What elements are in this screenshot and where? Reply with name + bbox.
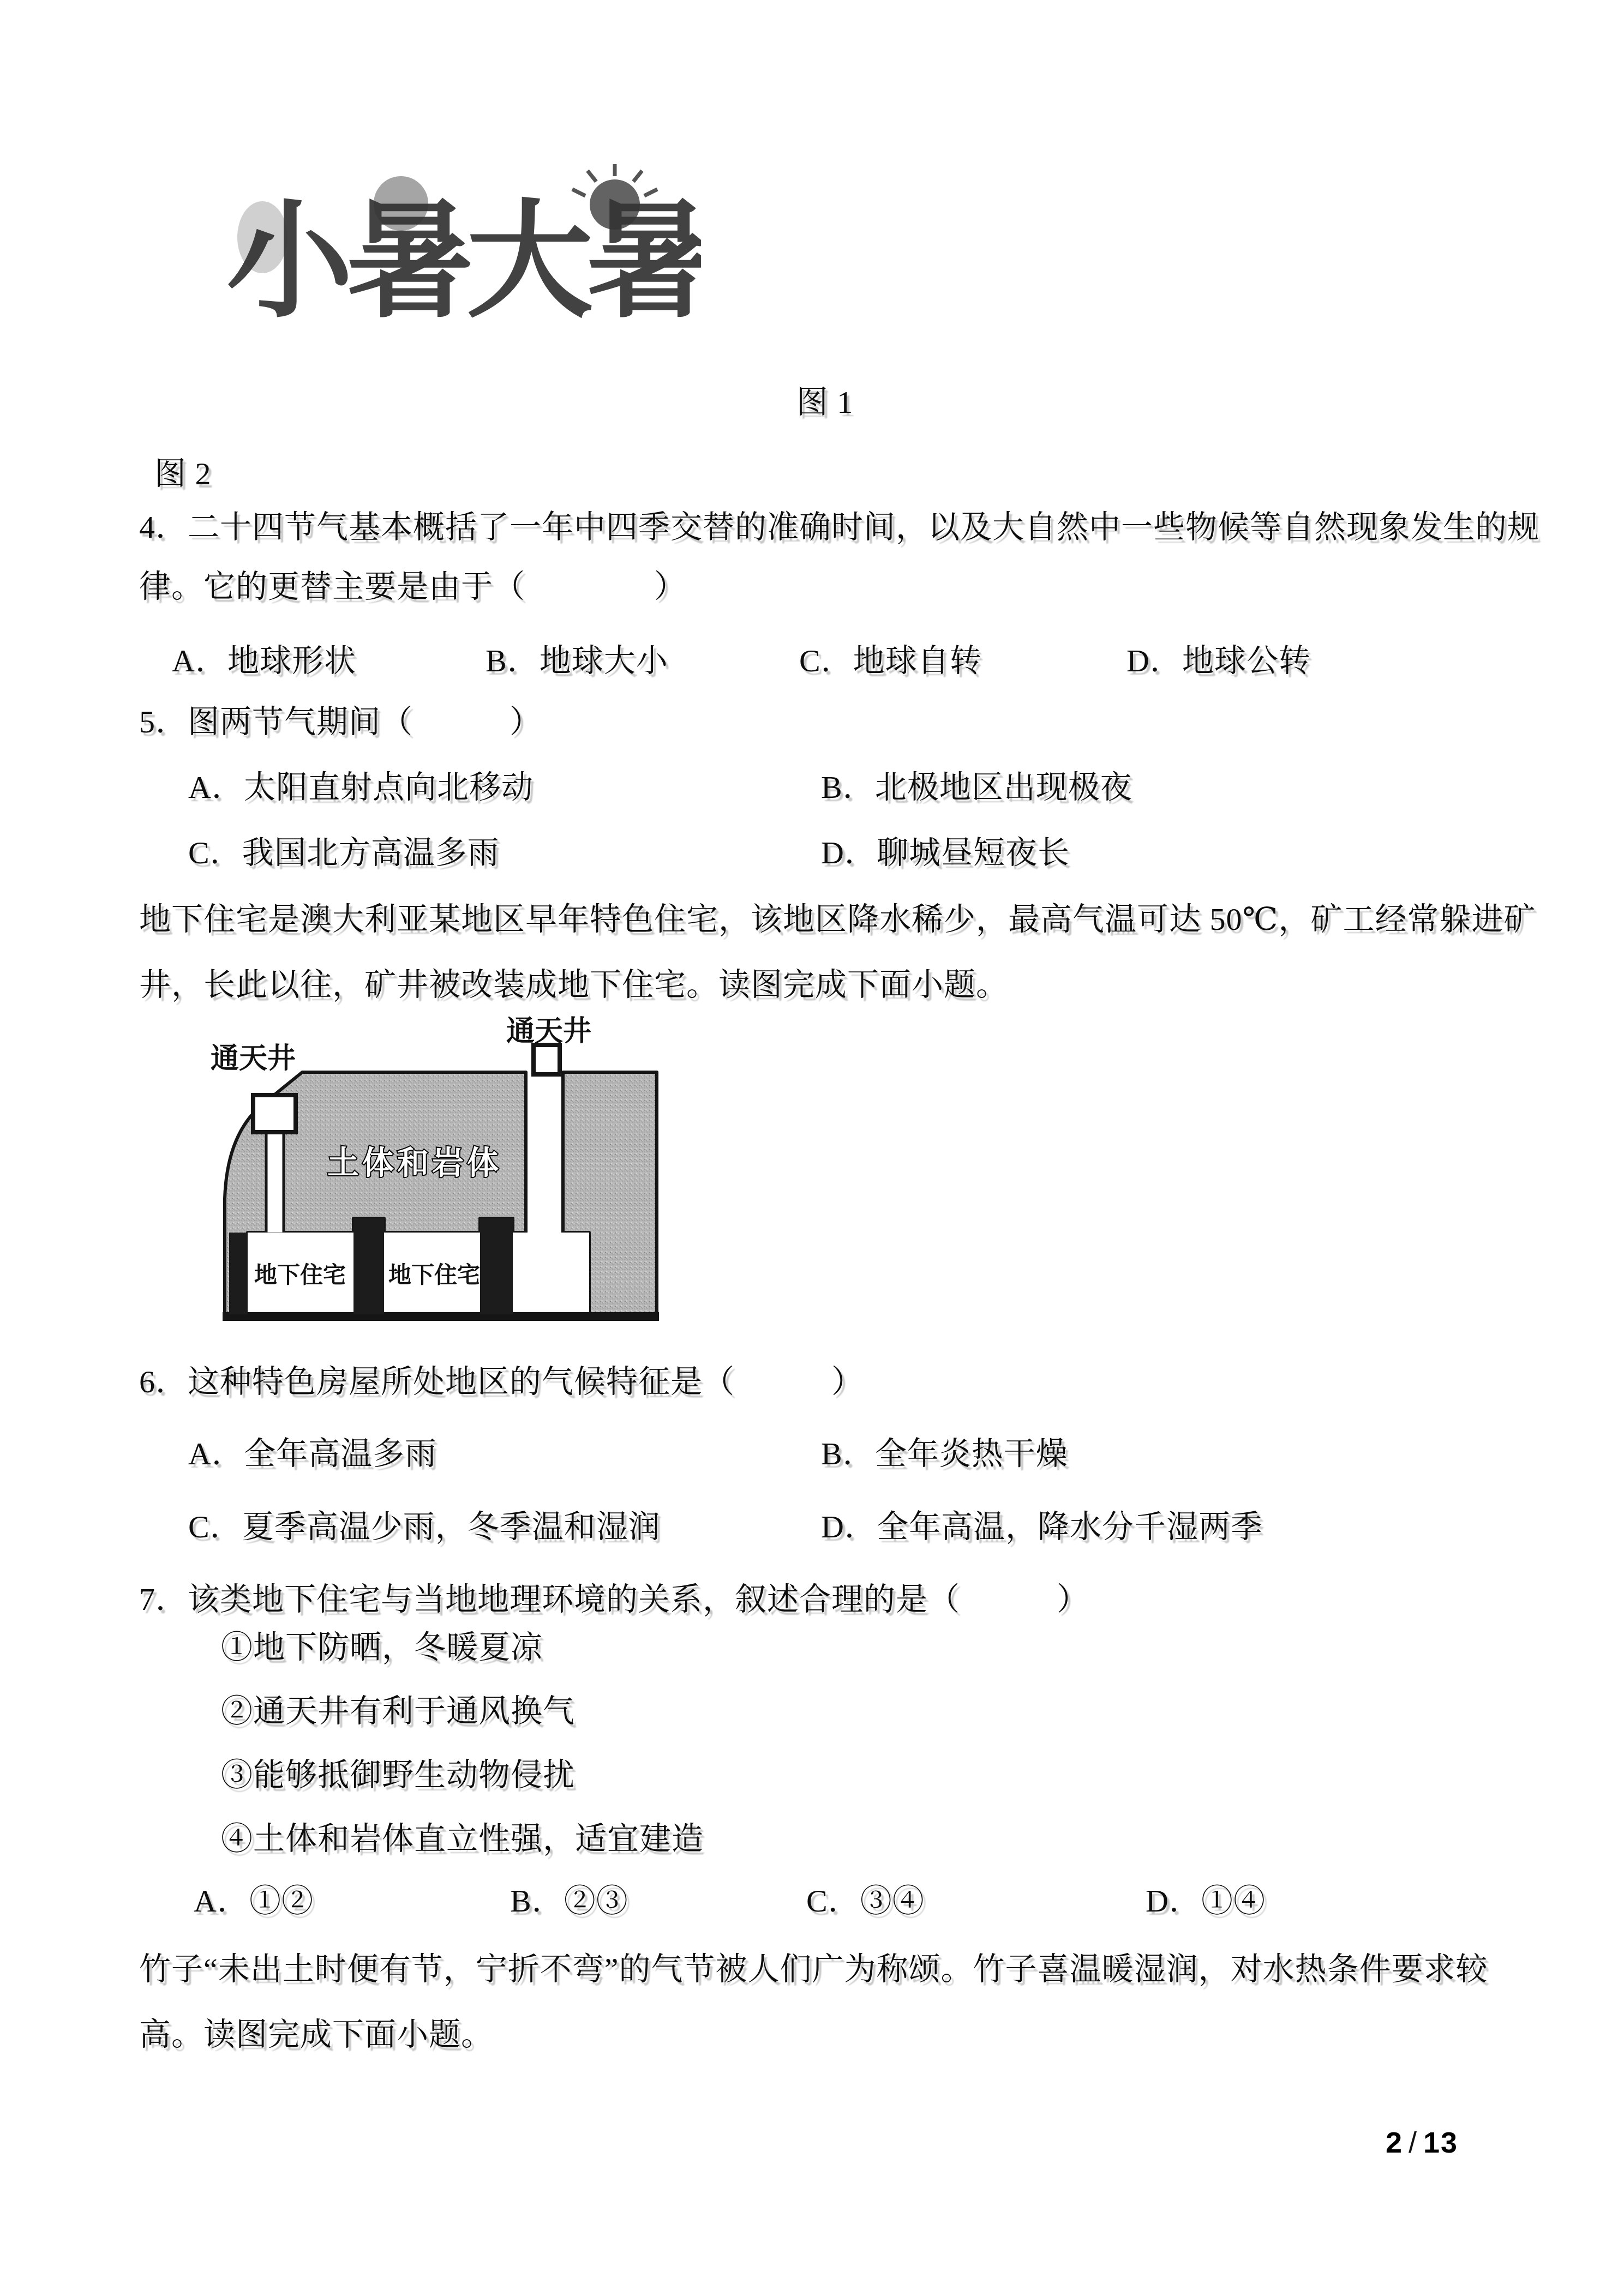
floor-line <box>223 1312 659 1321</box>
bamboo-passage-line-1: 竹子“未出土时便有节，宁折不弯”的气节被人们广为称颂。竹子喜温暖湿润，对水热条件… <box>139 1950 1488 1990</box>
question-5-option-c: C．我国北方高温多雨 <box>188 833 500 873</box>
question-6-option-a: A．全年高温多雨 <box>188 1434 437 1474</box>
question-4-option-b: B．地球大小 <box>486 641 668 681</box>
question-4-stem-line-2: 律。它的更替主要是由于（ ） <box>139 567 686 607</box>
left-chimney-box <box>253 1095 296 1132</box>
page-number-current: 2 <box>1386 2126 1403 2159</box>
calligraphy-text: 小暑大暑 <box>226 193 701 330</box>
page-number: 2/13 <box>1386 2126 1458 2160</box>
question-6-option-b: B．全年炎热干燥 <box>821 1434 1068 1474</box>
pillar-2 <box>353 1218 384 1314</box>
question-5-option-d: D．聊城昼短夜长 <box>821 833 1070 873</box>
dwelling-passage-line-2: 井，长此以往，矿井被改装成地下住宅。读图完成下面小题。 <box>139 965 1008 1005</box>
dwelling-passage-line-1: 地下住宅是澳大利亚某地区早年特色住宅，该地区降水稀少，最高气温可达 50℃，矿工… <box>139 900 1536 940</box>
question-5-option-a: A．太阳直射点向北移动 <box>188 768 534 808</box>
pillar-1 <box>229 1233 248 1314</box>
question-7-item-3: ③能够抵御野生动物侵扰 <box>221 1756 575 1795</box>
question-4-option-a: A．地球形状 <box>172 641 356 681</box>
question-4-stem-line-1: 4．二十四节气基本概括了一年中四季交替的准确时间，以及大自然中一些物候等自然现象… <box>139 508 1539 548</box>
question-4-option-c: C．地球自转 <box>799 641 982 681</box>
question-6-option-c: C．夏季高温少雨，冬季温和湿润 <box>188 1507 661 1547</box>
pillar-3 <box>480 1218 513 1314</box>
question-7-stem: 7．该类地下住宅与当地地理环境的关系，叙述合理的是（ ） <box>139 1580 1089 1620</box>
question-6-stem: 6．这种特色房屋所处地区的气候特征是（ ） <box>139 1362 864 1402</box>
figure-2-caption: 图 2 <box>154 454 212 494</box>
question-5-option-b: B．北极地区出现极夜 <box>821 768 1132 808</box>
dwelling-label-2: 地下住宅 <box>388 1261 480 1288</box>
dwelling-label-1: 地下住宅 <box>254 1261 346 1288</box>
right-chimney-box <box>534 1045 560 1074</box>
rock-body-label: 土体和岩体 <box>327 1144 502 1181</box>
shaft-label-left: 通天井 <box>211 1042 296 1075</box>
left-shaft <box>266 1131 284 1234</box>
exam-document-page: 小暑大暑 图 1 图 2 4．二十四节气基本概括了一年中四季交替的准确时间，以及… <box>0 0 1624 2296</box>
page-number-total: 13 <box>1423 2126 1458 2159</box>
question-7-item-2: ②通天井有利于通风换气 <box>221 1692 575 1732</box>
dwelling-chamber-right <box>513 1233 589 1313</box>
underground-dwelling-diagram: 通天井 通天井 土体和岩体 地下住宅 地下住宅 <box>192 1015 716 1322</box>
question-7-option-a: A．①② <box>194 1882 314 1921</box>
question-7-item-1: ①地下防晒，冬暖夏凉 <box>221 1628 543 1668</box>
question-6-option-d: D．全年高温，降水分千湿两季 <box>821 1507 1263 1547</box>
question-7-option-c: C．③④ <box>806 1882 925 1921</box>
question-4-option-d: D．地球公转 <box>1126 641 1311 681</box>
figure-1-caption: 图 1 <box>765 383 885 423</box>
page-number-separator: / <box>1403 2126 1423 2159</box>
bamboo-passage-line-2: 高。读图完成下面小题。 <box>139 2015 493 2055</box>
question-7-option-b: B．②③ <box>510 1882 628 1921</box>
question-5-stem: 5．图两节气期间（ ） <box>139 702 542 742</box>
solar-terms-calligraphy-image: 小暑大暑 <box>221 161 701 330</box>
question-7-option-d: D．①④ <box>1146 1882 1266 1921</box>
question-7-item-4: ④土体和岩体直立性强，适宜建造 <box>221 1819 704 1859</box>
shaft-label-right: 通天井 <box>506 1015 591 1048</box>
